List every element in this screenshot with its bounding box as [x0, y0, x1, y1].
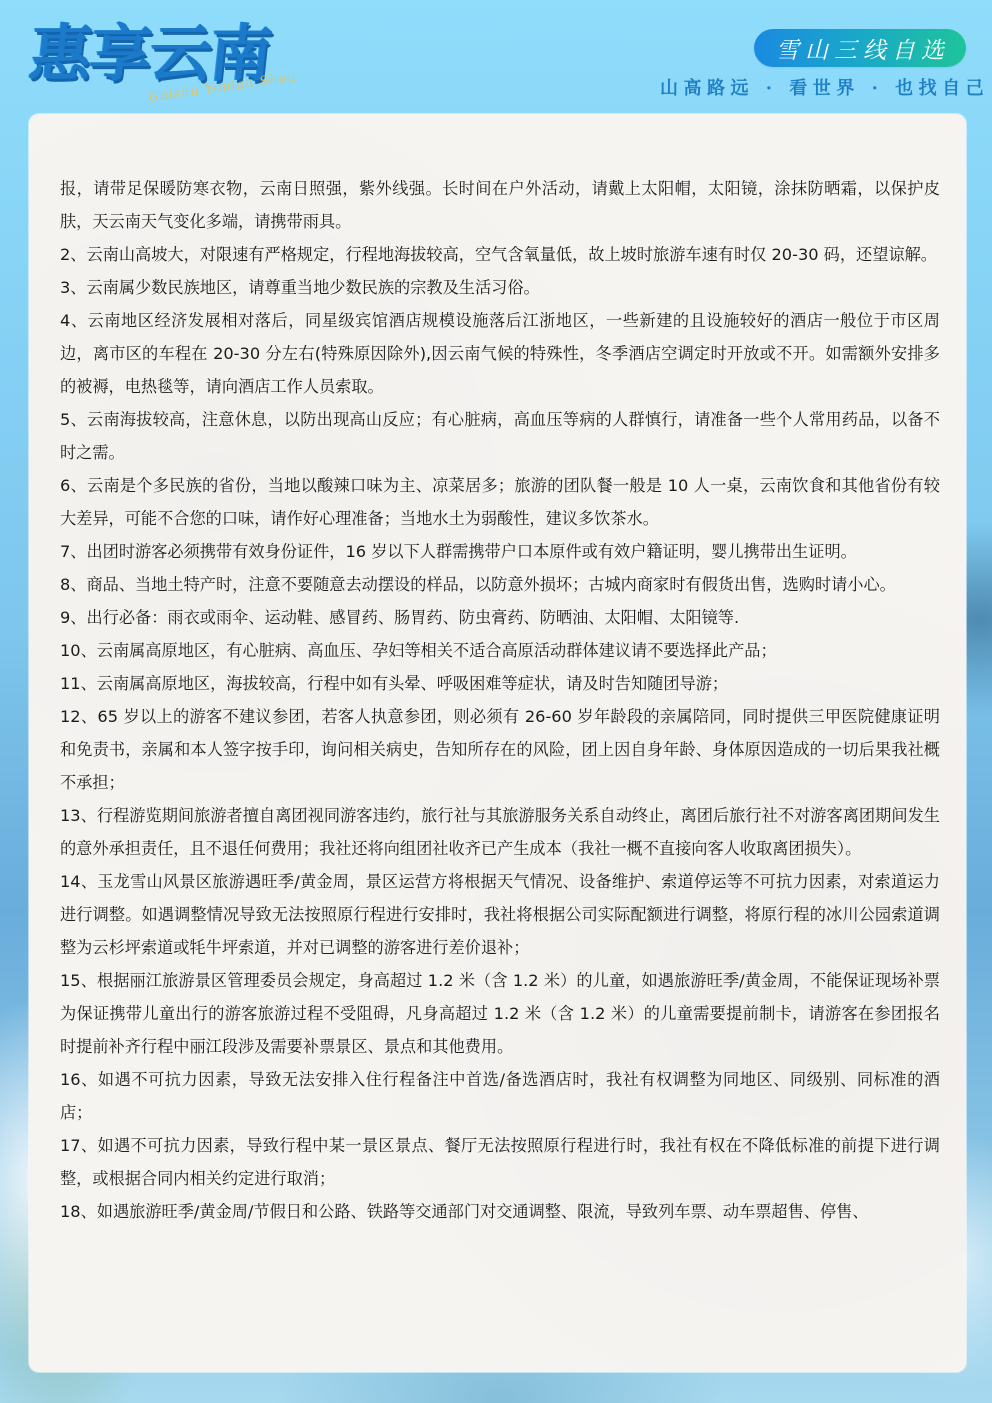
travel-notes-card: 报，请带足保暖防寒衣物，云南日照强，紫外线强。长时间在户外活动，请戴上太阳帽，太…: [29, 114, 966, 1372]
note-item-18: 18、如遇旅游旺季/黄金周/节假日和公路、铁路等交通部门对交通调整、限流，导致列…: [60, 1195, 940, 1228]
note-item-16: 16、如遇不可抗力因素，导致无法安排入住行程备注中首选/备选酒店时，我社有权调整…: [60, 1063, 940, 1129]
note-item-13: 13、行程游览期间旅游者擅自离团视同游客违约，旅行社与其旅游服务关系自动终止，离…: [60, 799, 940, 865]
note-item-4: 4、云南地区经济发展相对落后，同星级宾馆酒店规模设施落后江浙地区，一些新建的且设…: [60, 304, 940, 403]
note-item-12: 12、65 岁以上的游客不建议参团，若客人执意参团，则必须有 26-60 岁年龄…: [60, 700, 940, 799]
note-item-3: 3、云南属少数民族地区，请尊重当地少数民族的宗教及生活习俗。: [60, 271, 940, 304]
note-item-15: 15、根据丽江旅游景区管理委员会规定，身高超过 1.2 米（含 1.2 米）的儿…: [60, 964, 940, 1063]
route-badge-label: 雪山三线自选: [770, 32, 950, 65]
brand-logo: 惠享云南 Gaishu Youlan Shou: [30, 16, 270, 106]
note-item-9: 9、出行必备：雨衣或雨伞、运动鞋、感冒药、肠胃药、防虫膏药、防晒油、太阳帽、太阳…: [60, 601, 940, 634]
note-item-1-continued: 报，请带足保暖防寒衣物，云南日照强，紫外线强。长时间在户外活动，请戴上太阳帽，太…: [60, 172, 940, 238]
note-item-11: 11、云南属高原地区，海拔较高，行程中如有头晕、呼吸困难等症状，请及时告知随团导…: [60, 667, 940, 700]
note-item-7: 7、出团时游客必须携带有效身份证件，16 岁以下人群需携带户口本原件或有效户籍证…: [60, 535, 940, 568]
note-item-17: 17、如遇不可抗力因素，导致行程中某一景区景点、餐厅无法按照原行程进行时，我社有…: [60, 1129, 940, 1195]
note-item-6: 6、云南是个多民族的省份，当地以酸辣口味为主、凉菜居多；旅游的团队餐一般是 10…: [60, 469, 940, 535]
note-item-2: 2、云南山高坡大，对限速有严格规定，行程地海拔较高，空气含氧量低，故上坡时旅游车…: [60, 238, 940, 271]
note-item-5: 5、云南海拔较高，注意休息，以防出现高山反应；有心脏病，高血压等病的人群慎行，请…: [60, 403, 940, 469]
note-item-10: 10、云南属高原地区，有心脏病、高血压、孕妇等相关不适合高原活动群体建议请不要选…: [60, 634, 940, 667]
slogan: 山高路远 · 看世界 · 也找自己: [660, 74, 970, 100]
note-item-8: 8、商品、当地土特产时，注意不要随意去动摆设的样品，以防意外损坏；古城内商家时有…: [60, 568, 940, 601]
route-badge: 雪山三线自选: [754, 29, 966, 67]
travel-notes-list: 报，请带足保暖防寒衣物，云南日照强，紫外线强。长时间在户外活动，请戴上太阳帽，太…: [60, 172, 940, 1228]
note-item-14: 14、玉龙雪山风景区旅游遇旺季/黄金周，景区运营方将根据天气情况、设备维护、索道…: [60, 865, 940, 964]
